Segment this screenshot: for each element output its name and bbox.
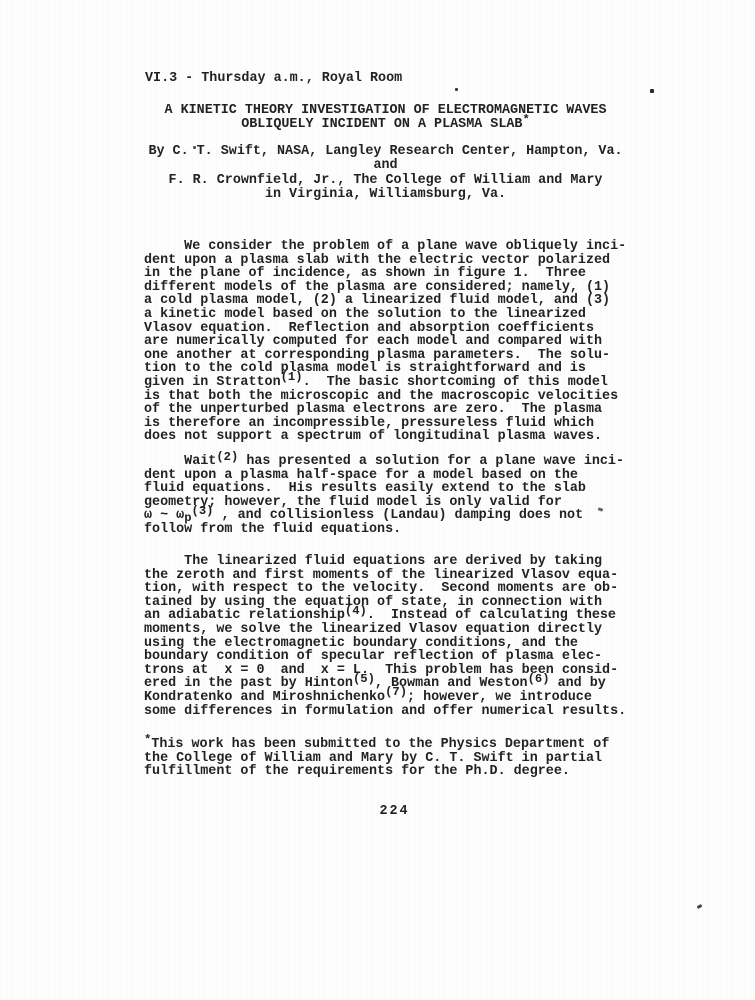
paper-title: A KINETIC THEORY INVESTIGATION OF ELECTR…: [8, 104, 755, 133]
text-line: We consider the problem of a plane wave …: [144, 240, 626, 254]
scanned-paper-page: VI.3 - Thursday a.m., Royal Room A KINET…: [0, 0, 755, 1000]
abstract-paragraph-1: We consider the problem of a plane wave …: [144, 240, 626, 444]
text-line: moments, we solve the linearized Vlasov …: [144, 623, 626, 637]
scan-artifact: [455, 88, 458, 91]
text-line: is that both the microscopic and the mac…: [144, 390, 626, 404]
text-line: a kinetic model based on the solution to…: [144, 308, 626, 322]
abstract-paragraph-3: The linearized fluid equations are deriv…: [144, 555, 626, 718]
text-line: Wait(2) has presented a solution for a p…: [144, 455, 624, 469]
text-line: trons at x = 0 and x = L. This problem h…: [144, 664, 626, 678]
text-line: is therefore an incompressible, pressure…: [144, 417, 626, 431]
text-line: dent upon a plasma slab with the electri…: [144, 254, 626, 268]
text-line: using the electromagnetic boundary condi…: [144, 637, 626, 651]
abstract-paragraph-2: Wait(2) has presented a solution for a p…: [144, 455, 624, 537]
scan-artifact: [697, 904, 703, 909]
text-line: does not support a spectrum of longitudi…: [144, 430, 626, 444]
text-line: The linearized fluid equations are deriv…: [144, 555, 626, 569]
text-line: follow from the fluid equations.: [144, 523, 624, 537]
title-line: OBLIQUELY INCIDENT ON A PLASMA SLAB*: [8, 118, 755, 132]
scan-artifact: [650, 89, 654, 93]
text-line: boundary condition of specular reflectio…: [144, 650, 626, 664]
text-line: the College of William and Mary by C. T.…: [144, 752, 609, 766]
author-line: F. R. Crownfield, Jr., The College of Wi…: [8, 174, 755, 188]
text-line: Kondratenko and Miroshnichenko(7); howev…: [144, 691, 626, 705]
text-line: fulfillment of the requirements for the …: [144, 765, 609, 779]
author-line: in Virginia, Williamsburg, Va.: [8, 188, 755, 202]
text-line: fluid equations. His results easily exte…: [144, 482, 624, 496]
text-line: an adiabatic relationship(4). Instead of…: [144, 609, 626, 623]
text-line: geometry; however, the fluid model is on…: [144, 496, 624, 510]
session-header: VI.3 - Thursday a.m., Royal Room: [145, 72, 402, 86]
text-line: different models of the plasma are consi…: [144, 281, 626, 295]
text-line: tained by using the equation of state, i…: [144, 596, 626, 610]
text-line: one another at corresponding plasma para…: [144, 349, 626, 363]
page-number: 224: [17, 805, 755, 819]
text-line: given in Stratton(1). The basic shortcom…: [144, 376, 626, 390]
text-line: tion, with respect to the velocity. Seco…: [144, 582, 626, 596]
author-line: By C. T. Swift, NASA, Langley Research C…: [8, 145, 755, 159]
text-line: of the unperturbed plasma electrons are …: [144, 403, 626, 417]
authors-block: By C. T. Swift, NASA, Langley Research C…: [8, 145, 755, 203]
text-line: a cold plasma model, (2) a linearized fl…: [144, 294, 626, 308]
author-line: and: [8, 159, 755, 173]
title-line: A KINETIC THEORY INVESTIGATION OF ELECTR…: [8, 104, 755, 118]
text-line: *This work has been submitted to the Phy…: [144, 738, 609, 752]
text-line: are numerically computed for each model …: [144, 335, 626, 349]
footnote: *This work has been submitted to the Phy…: [144, 738, 609, 779]
text-line: in the plane of incidence, as shown in f…: [144, 267, 626, 281]
text-line: some differences in formulation and offe…: [144, 705, 626, 719]
text-line: ω ~ ωp(3) , and collisionless (Landau) d…: [144, 509, 624, 523]
text-line: tion to the cold plasma model is straigh…: [144, 362, 626, 376]
text-line: dent upon a plasma half-space for a mode…: [144, 469, 624, 483]
text-line: the zeroth and first moments of the line…: [144, 569, 626, 583]
text-line: Vlasov equation. Reflection and absorpti…: [144, 322, 626, 336]
